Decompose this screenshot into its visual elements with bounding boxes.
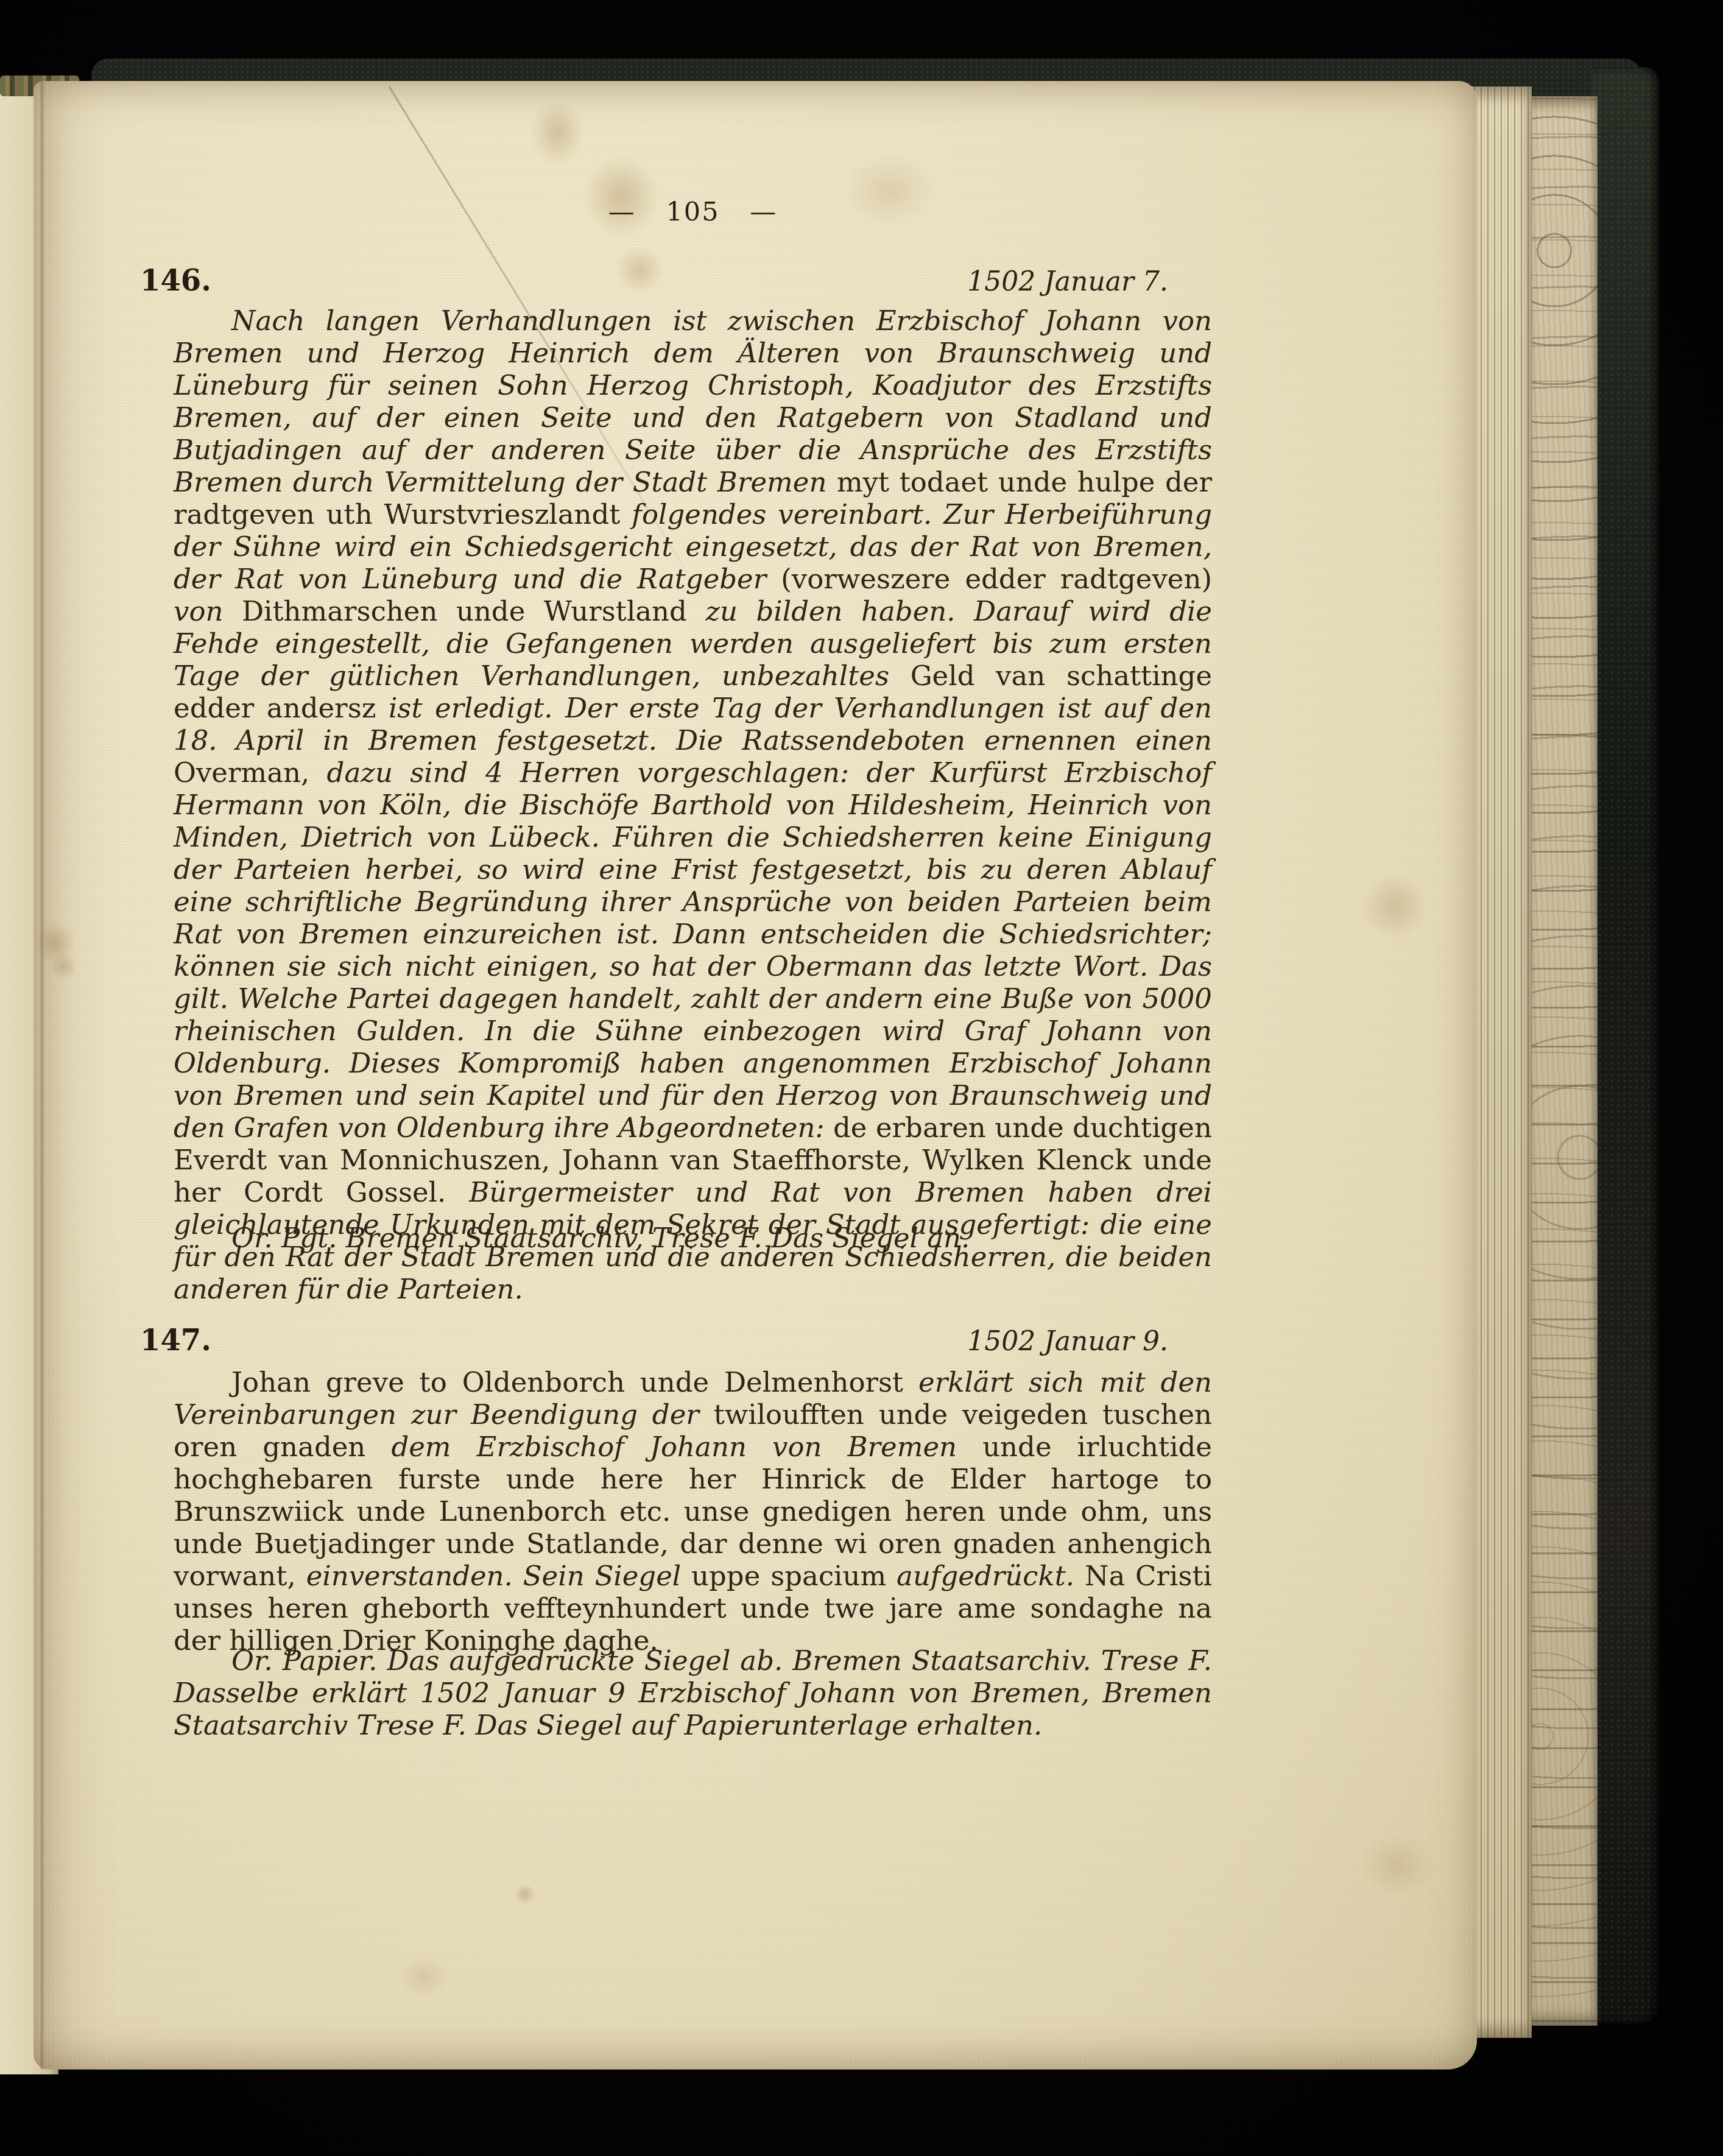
entry-147-date: 1502 Januar 9.: [967, 1326, 1212, 1357]
book-page: — 105 — 146. 1502 Januar 7. Nach langen …: [33, 81, 1477, 2070]
foxing-stain: [399, 1957, 448, 1997]
entry-146-header: 146. 1502 Januar 7.: [140, 264, 1212, 298]
entry-147-source-note: Or. Papier. Das aufgedrückte Siegel ab. …: [174, 1644, 1212, 1741]
foxing-stain: [1361, 1835, 1434, 1896]
marbled-fore-edge: [1526, 96, 1598, 2026]
entry-146-body: Nach langen Verhandlungen ist zwischen E…: [174, 305, 1212, 1305]
foxing-stain: [530, 99, 585, 166]
entry-147-body: Johan greve to Oldenborch unde Delmenhor…: [174, 1366, 1212, 1657]
foxing-stain: [1361, 873, 1428, 940]
scanned-book-photo: — 105 — 146. 1502 Januar 7. Nach langen …: [0, 0, 1723, 2156]
entry-146-date: 1502 Januar 7.: [967, 266, 1212, 297]
entry-147-header: 147. 1502 Januar 9.: [140, 1323, 1212, 1358]
entry-147-number: 147.: [140, 1323, 211, 1358]
page-number: — 105 —: [174, 197, 1212, 227]
entry-146-source-note: Or. Pgt. Bremen Staatsarchiv, Trese F. D…: [174, 1222, 1212, 1254]
gutter-crease: [40, 81, 44, 2070]
book-cover-right-edge: [1591, 67, 1659, 2023]
foxing-stain: [515, 1884, 535, 1904]
entry-146-number: 146.: [140, 264, 211, 298]
foxing-stain: [49, 952, 77, 980]
